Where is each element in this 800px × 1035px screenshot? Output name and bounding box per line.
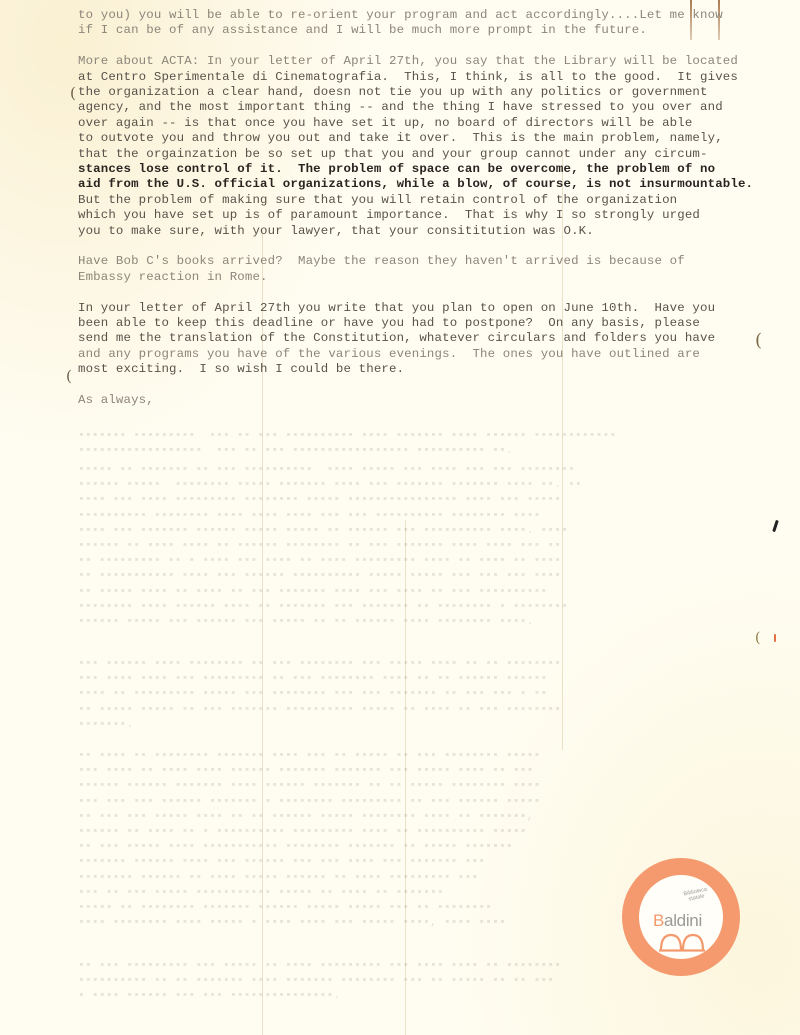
text-line: In your letter of April 27th you write t… xyxy=(78,301,778,316)
letter-closing: As always, xyxy=(78,393,778,408)
text-line: you to make sure, with your lawyer, that… xyxy=(78,224,778,239)
text-line: that the orgainzation be so set up that … xyxy=(78,147,778,162)
text-line: over again -- is that once you have set … xyxy=(78,116,778,131)
text-line: stances lose control of it. The problem … xyxy=(78,162,778,177)
paragraph-acta: More about ACTA: In your letter of April… xyxy=(78,54,778,239)
ink-mark xyxy=(772,520,779,532)
text-line: the organization a clear hand, doesn not… xyxy=(78,85,778,100)
open-book-icon xyxy=(659,932,705,952)
stamp-library-text: Biblioteca statale xyxy=(678,886,714,905)
text-line: most exciting. I so wish I could be ther… xyxy=(78,362,778,377)
text-line: aid from the U.S. official organizations… xyxy=(78,177,778,192)
text-line: which you have set up is of paramount im… xyxy=(78,208,778,223)
stamp-library-name: Baldini xyxy=(653,911,702,931)
text-line: to you) you will be able to re-orient yo… xyxy=(78,8,778,23)
text-line: if I can be of any assistance and I will… xyxy=(78,23,778,38)
text-line: to outvote you and throw you out and tak… xyxy=(78,131,778,146)
bleed-through-text: ▪▪▪ ▪▪▪▪▪▪ ▪▪▪▪ ▪▪▪▪▪▪▪▪ ▪▪ ▪▪▪ ▪▪▪▪▪▪▪▪… xyxy=(78,656,768,736)
text-line: Have Bob C's books arrived? Maybe the re… xyxy=(78,254,778,269)
text-line: More about ACTA: In your letter of April… xyxy=(78,54,778,69)
margin-bracket-mark: ( xyxy=(755,630,760,646)
bleed-through-text: ▪▪▪▪▪ ▪▪ ▪▪▪▪▪▪▪ ▪▪ ▪▪▪ ▪▪▪▪▪▪▪▪▪▪ ▪▪▪▪ … xyxy=(78,462,768,632)
margin-bracket-mark: ( xyxy=(755,330,762,351)
margin-bracket-mark: ( xyxy=(70,84,76,102)
stamp-name-rest: aldini xyxy=(664,911,702,930)
paragraph-opening: In your letter of April 27th you write t… xyxy=(78,301,778,378)
text-line: at Centro Sperimentale di Cinematografia… xyxy=(78,70,778,85)
paragraph-continuation: to you) you will be able to re-orient yo… xyxy=(78,8,778,39)
library-stamp-logo: Biblioteca statale Baldini xyxy=(622,858,740,976)
ink-mark xyxy=(774,634,776,642)
text-line: and any programs you have of the various… xyxy=(78,347,778,362)
margin-bracket-mark: ( xyxy=(66,367,72,385)
stamp-name-initial: B xyxy=(653,911,664,930)
text-line: send me the translation of the Constitut… xyxy=(78,331,778,346)
text-line: agency, and the most important thing -- … xyxy=(78,100,778,115)
text-line: been able to keep this deadline or have … xyxy=(78,316,778,331)
letter-body: to you) you will be able to re-orient yo… xyxy=(78,8,778,424)
paragraph-books: Have Bob C's books arrived? Maybe the re… xyxy=(78,254,778,285)
text-line: But the problem of making sure that you … xyxy=(78,193,778,208)
text-line: Embassy reaction in Rome. xyxy=(78,270,778,285)
scanned-letter-page: ▪▪▪▪▪▪▪ ▪▪▪▪▪▪▪▪▪ ▪▪▪ ▪▪ ▪▪▪ ▪▪▪▪▪▪▪▪▪▪ … xyxy=(0,0,800,1035)
